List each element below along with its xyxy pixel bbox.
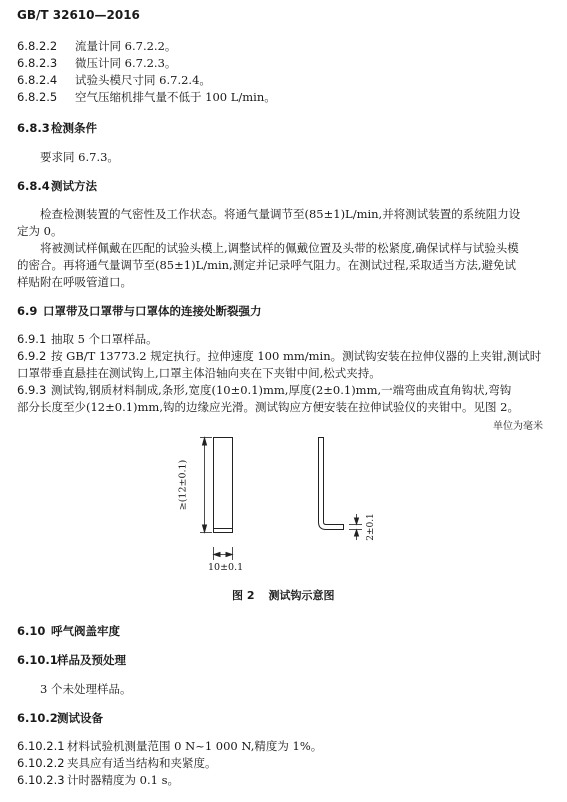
section-6-10-2-heading: 6.10.2测试设备 <box>17 711 103 726</box>
clause-number: 6.10.2.1 <box>17 739 67 754</box>
hook-side-view <box>319 438 363 541</box>
clause-text: 材料试验机测量范围 0 N~1 000 N,精度为 1%。 <box>67 739 322 753</box>
section-number: 6.10.1 <box>17 653 57 668</box>
section-number: 6.10 <box>17 624 51 639</box>
clause-number: 6.10.2.2 <box>17 756 67 771</box>
clause-text: 夹具应有适当结构和夹紧度。 <box>67 756 217 770</box>
clause-6-10-2-2: 6.10.2.2夹具应有适当结构和夹紧度。 <box>17 756 217 771</box>
section-title: 呼气阀盖牢度 <box>51 624 120 638</box>
figure-title: 测试钩示意图 <box>268 589 334 602</box>
thickness-dimension-label: 2±0.1 <box>366 513 376 541</box>
figure-caption: 图 2测试钩示意图 <box>232 587 334 603</box>
clause-6-10-2-3: 6.10.2.3计时器精度为 0.1 s。 <box>17 773 179 788</box>
length-dimension-label: ≥(12±0.1) <box>178 460 189 511</box>
section-title: 测试设备 <box>57 711 103 725</box>
clause-number: 6.10.2.3 <box>17 773 67 788</box>
hook-front-view <box>200 438 233 561</box>
section-number: 6.10.2 <box>17 711 57 726</box>
clause-6-10-2-1: 6.10.2.1材料试验机测量范围 0 N~1 000 N,精度为 1%。 <box>17 739 322 754</box>
section-6-10-1-heading: 6.10.1样品及预处理 <box>17 653 126 668</box>
section-6-10-1-body: 3 个未处理样品。 <box>40 682 131 697</box>
width-dimension-label: 10±0.1 <box>208 562 243 573</box>
section-title: 样品及预处理 <box>57 653 126 667</box>
section-6-10-heading: 6.10呼气阀盖牢度 <box>17 624 120 639</box>
figure-number: 图 2 <box>232 589 254 602</box>
clause-text: 计时器精度为 0.1 s。 <box>67 773 179 787</box>
